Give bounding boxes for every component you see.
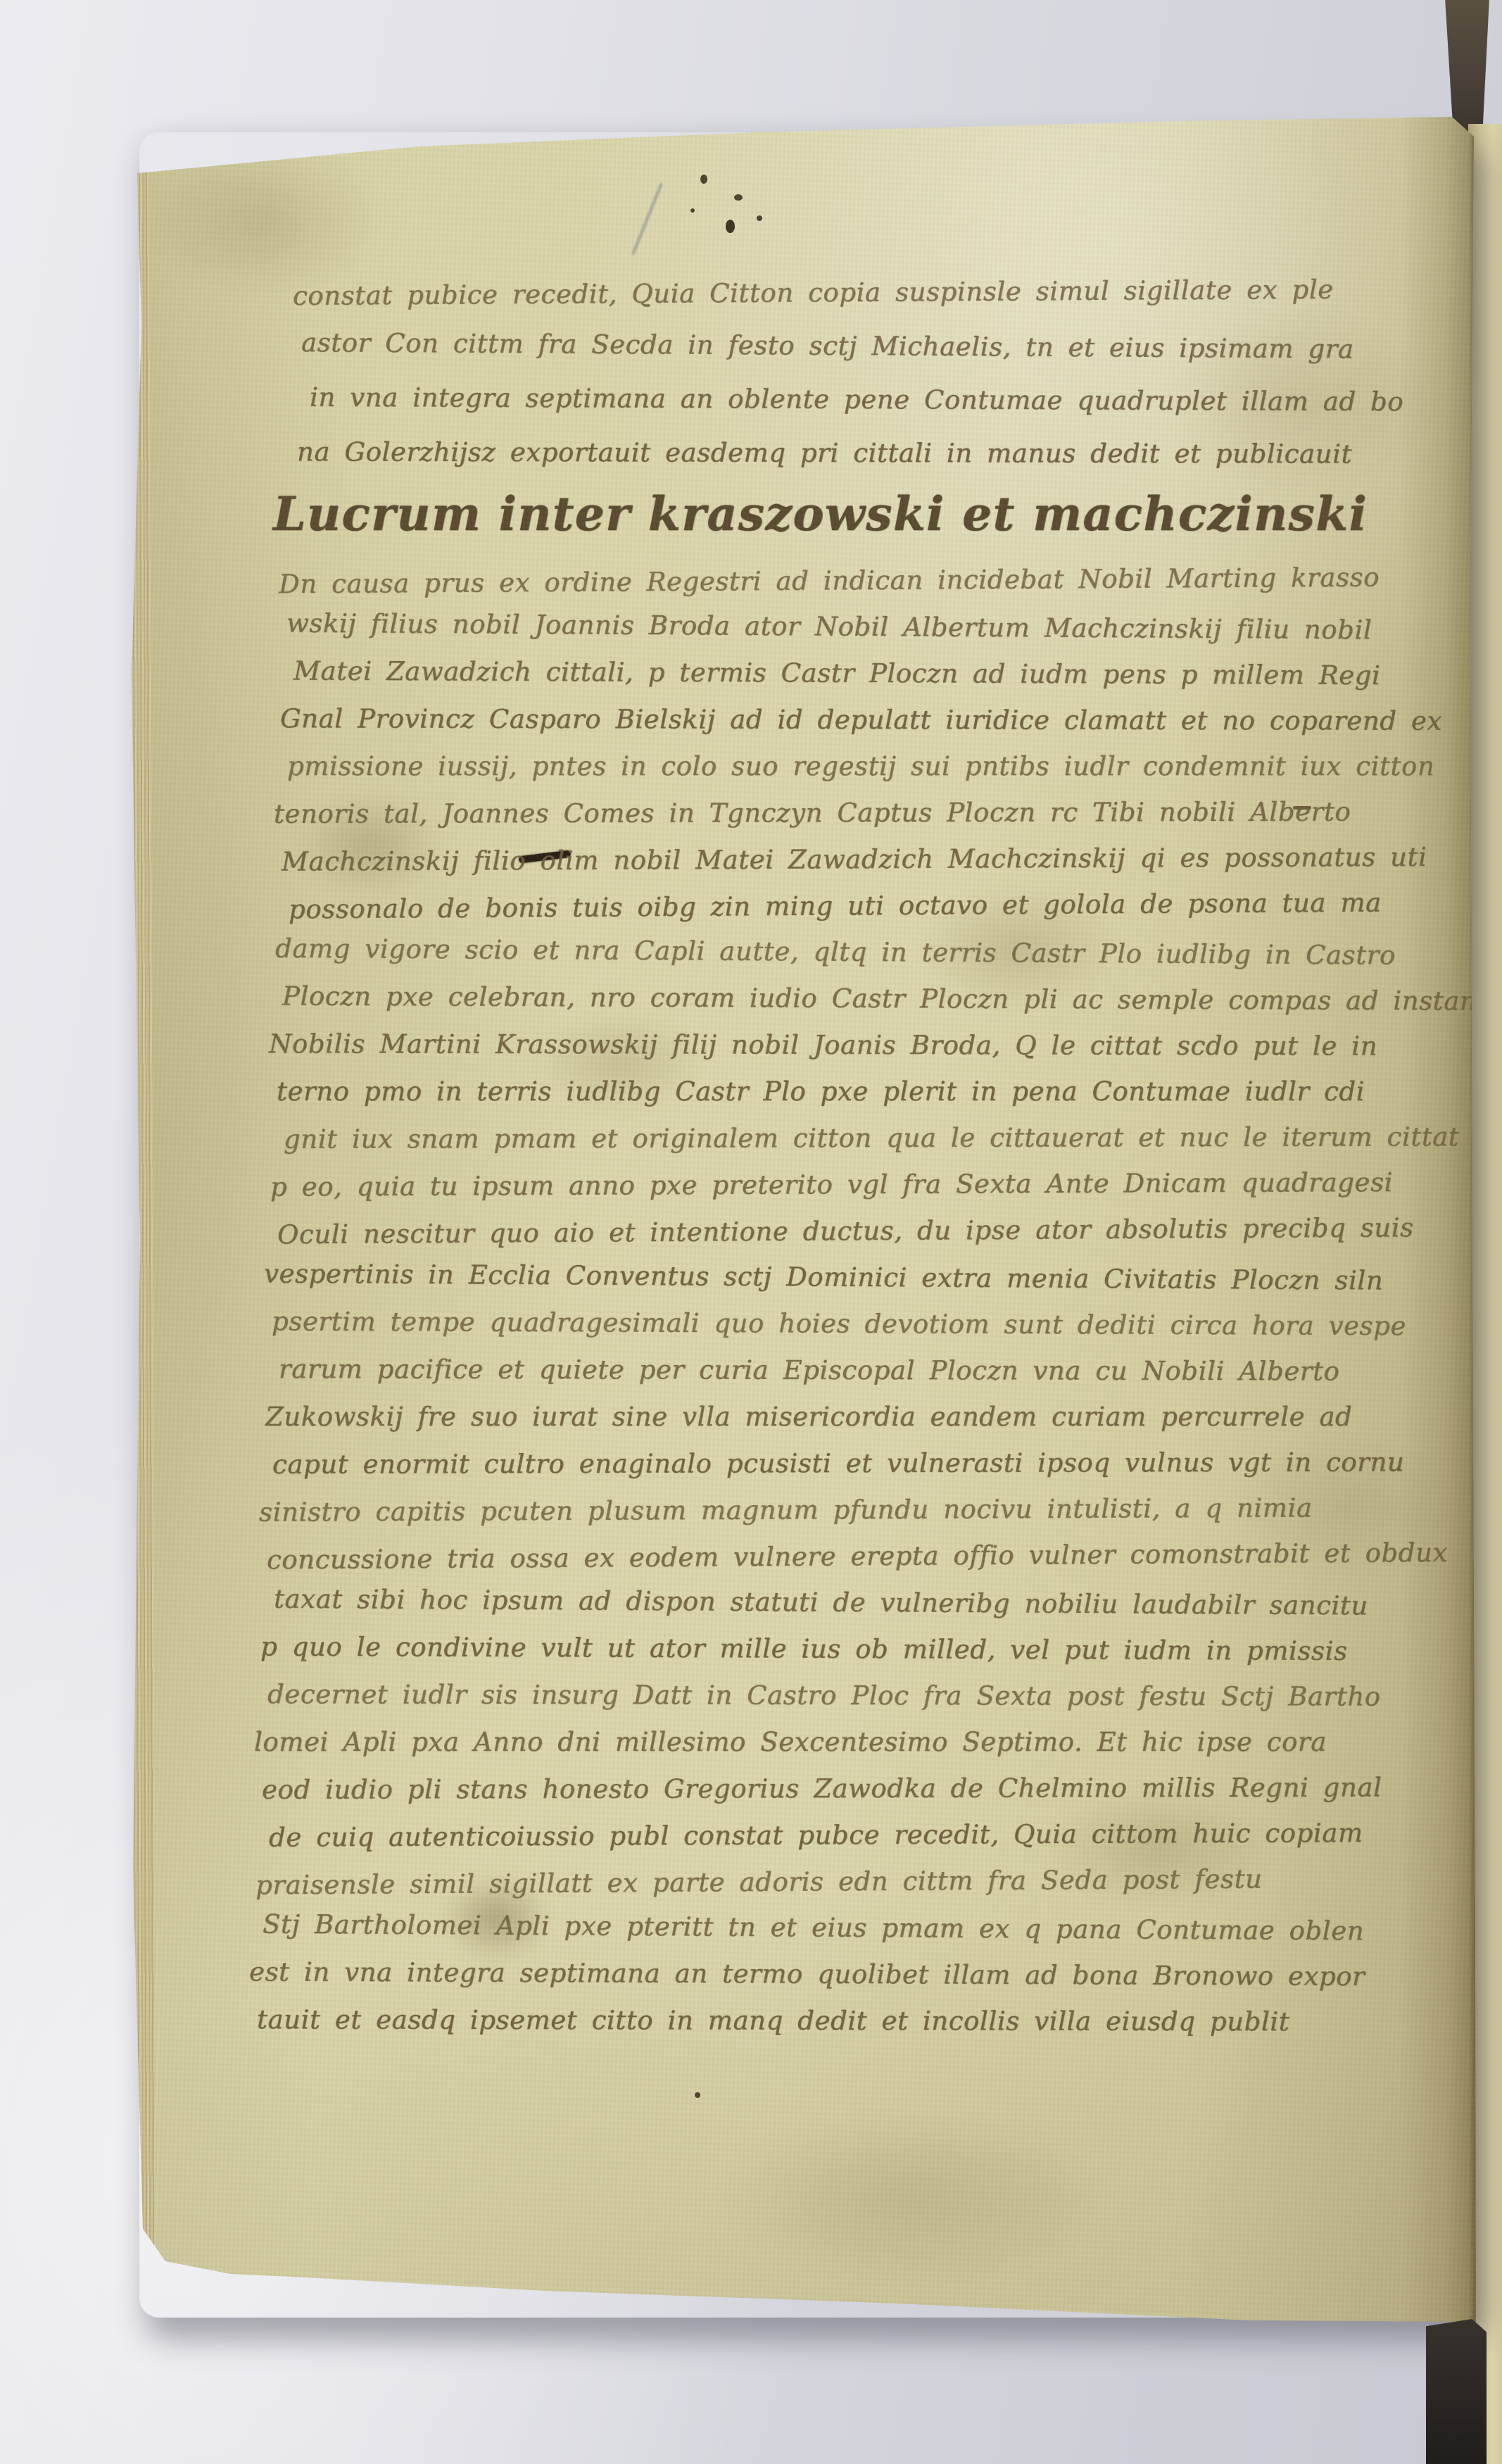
manuscript-line: constat pubice recedit, Quia Citton copi… [293,263,1404,323]
manuscript-line: Zukowskij fre suo iurat sine vlla miseri… [265,1394,1477,1440]
manuscript-line: Machczinskij filio olim nobil Matei Zawa… [282,834,1477,885]
text-layer: constat pubice recedit, Quia Citton copi… [123,113,1478,2358]
manuscript-line: damg vigore scio et nra Capli autte, qlt… [275,926,1477,980]
manuscript-line: praisensle simil sigillatt ex parte ador… [255,1855,1477,1909]
manuscript-line: na Golerzhijsz exportauit easdemq pri ci… [297,425,1403,481]
manuscript-line: in vna integra septimana an oblente pene… [310,371,1404,429]
manuscript-line: sinistro capitis pcuten plusum magnum pf… [259,1484,1477,1535]
manuscript-line: tenoris tal, Joannes Comes in Tgnczyn Ca… [274,788,1477,838]
manuscript-line: Matei Zawadzich cittali, p termis Castr … [294,648,1477,699]
manuscript-line: p quo le condivine vult ut ator mille iu… [260,1623,1477,1675]
section-heading: Lucrum inter kraszowski et machczinski [273,479,1368,549]
manuscript-line: Stj Bartholomei Apli pxe pteritt tn et e… [263,1902,1477,1956]
manuscript-line: concussione tria ossa ex eodem vulnere e… [267,1530,1477,1584]
manuscript-line: terno pmo in terris iudlibg Castr Plo px… [277,1069,1477,1115]
manuscript-line: taxat sibi hoc ipsum ad dispon statuti d… [274,1576,1477,1630]
manuscript-line: astor Con cittm fra Secda in festo sctj … [301,316,1404,377]
manuscript-line: Gnal Provincz Casparo Bielskij ad id dep… [280,696,1477,745]
manuscript-line: psertim tempe quadragesimali quo hoies d… [272,1298,1477,1350]
manuscript-line: Oculi nescitur quo aio et intentione duc… [277,1205,1477,1259]
manuscript-line: tauit et easdq ipsemet citto in manq ded… [257,1997,1477,2046]
manuscript-line: est in vna integra septimana an termo qu… [249,1949,1477,2000]
manuscript-line: Dn causa prus ex ordine Regestri ad indi… [279,554,1477,608]
binding-strap-bottom [1426,2319,1487,2464]
manuscript-line: wskij filius nobil Joannis Broda ator No… [286,601,1477,655]
manuscript-line: gnit iux snam pmam et originalem citton … [284,1114,1477,1163]
manuscript-line: decernet iudlr sis insurg Datt in Castro… [267,1671,1477,1721]
manuscript-line: rarum pacifice et quiete per curia Episc… [279,1346,1477,1395]
manuscript-line: vespertinis in Ecclia Conventus sctj Dom… [264,1251,1477,1305]
manuscript-line: pmissione iussij, pntes in colo suo rege… [287,743,1477,790]
manuscript-line: p eo, quia tu ipsum anno pxe preterito v… [270,1159,1477,1210]
manuscript-line: possonalo de bonis tuis oibg zin ming ut… [289,879,1477,934]
manuscript-line: Ploczn pxe celebran, nro coram iudio Cas… [282,973,1477,1024]
book-photo: constat pubice recedit, Quia Citton copi… [0,0,1502,2464]
manuscript-line: de cuiq autenticoiussio publ constat pub… [269,1809,1477,1861]
body-paragraph: Dn causa prus ex ordine Regestri ad indi… [267,558,1477,2044]
opening-paragraph: constat pubice recedit, Quia Citton copi… [282,266,1403,480]
manuscript-line: caput enormit cultro enaginalo pcusisti … [272,1439,1477,1488]
manuscript-line: eod iudio pli stans honesto Gregorius Za… [262,1764,1477,1814]
manuscript-page: constat pubice recedit, Quia Citton copi… [123,113,1478,2358]
manuscript-line: Nobilis Martini Krassowskij filij nobil … [269,1021,1477,1070]
manuscript-line: lomei Apli pxa Anno dni millesimo Sexcen… [254,1719,1477,1766]
